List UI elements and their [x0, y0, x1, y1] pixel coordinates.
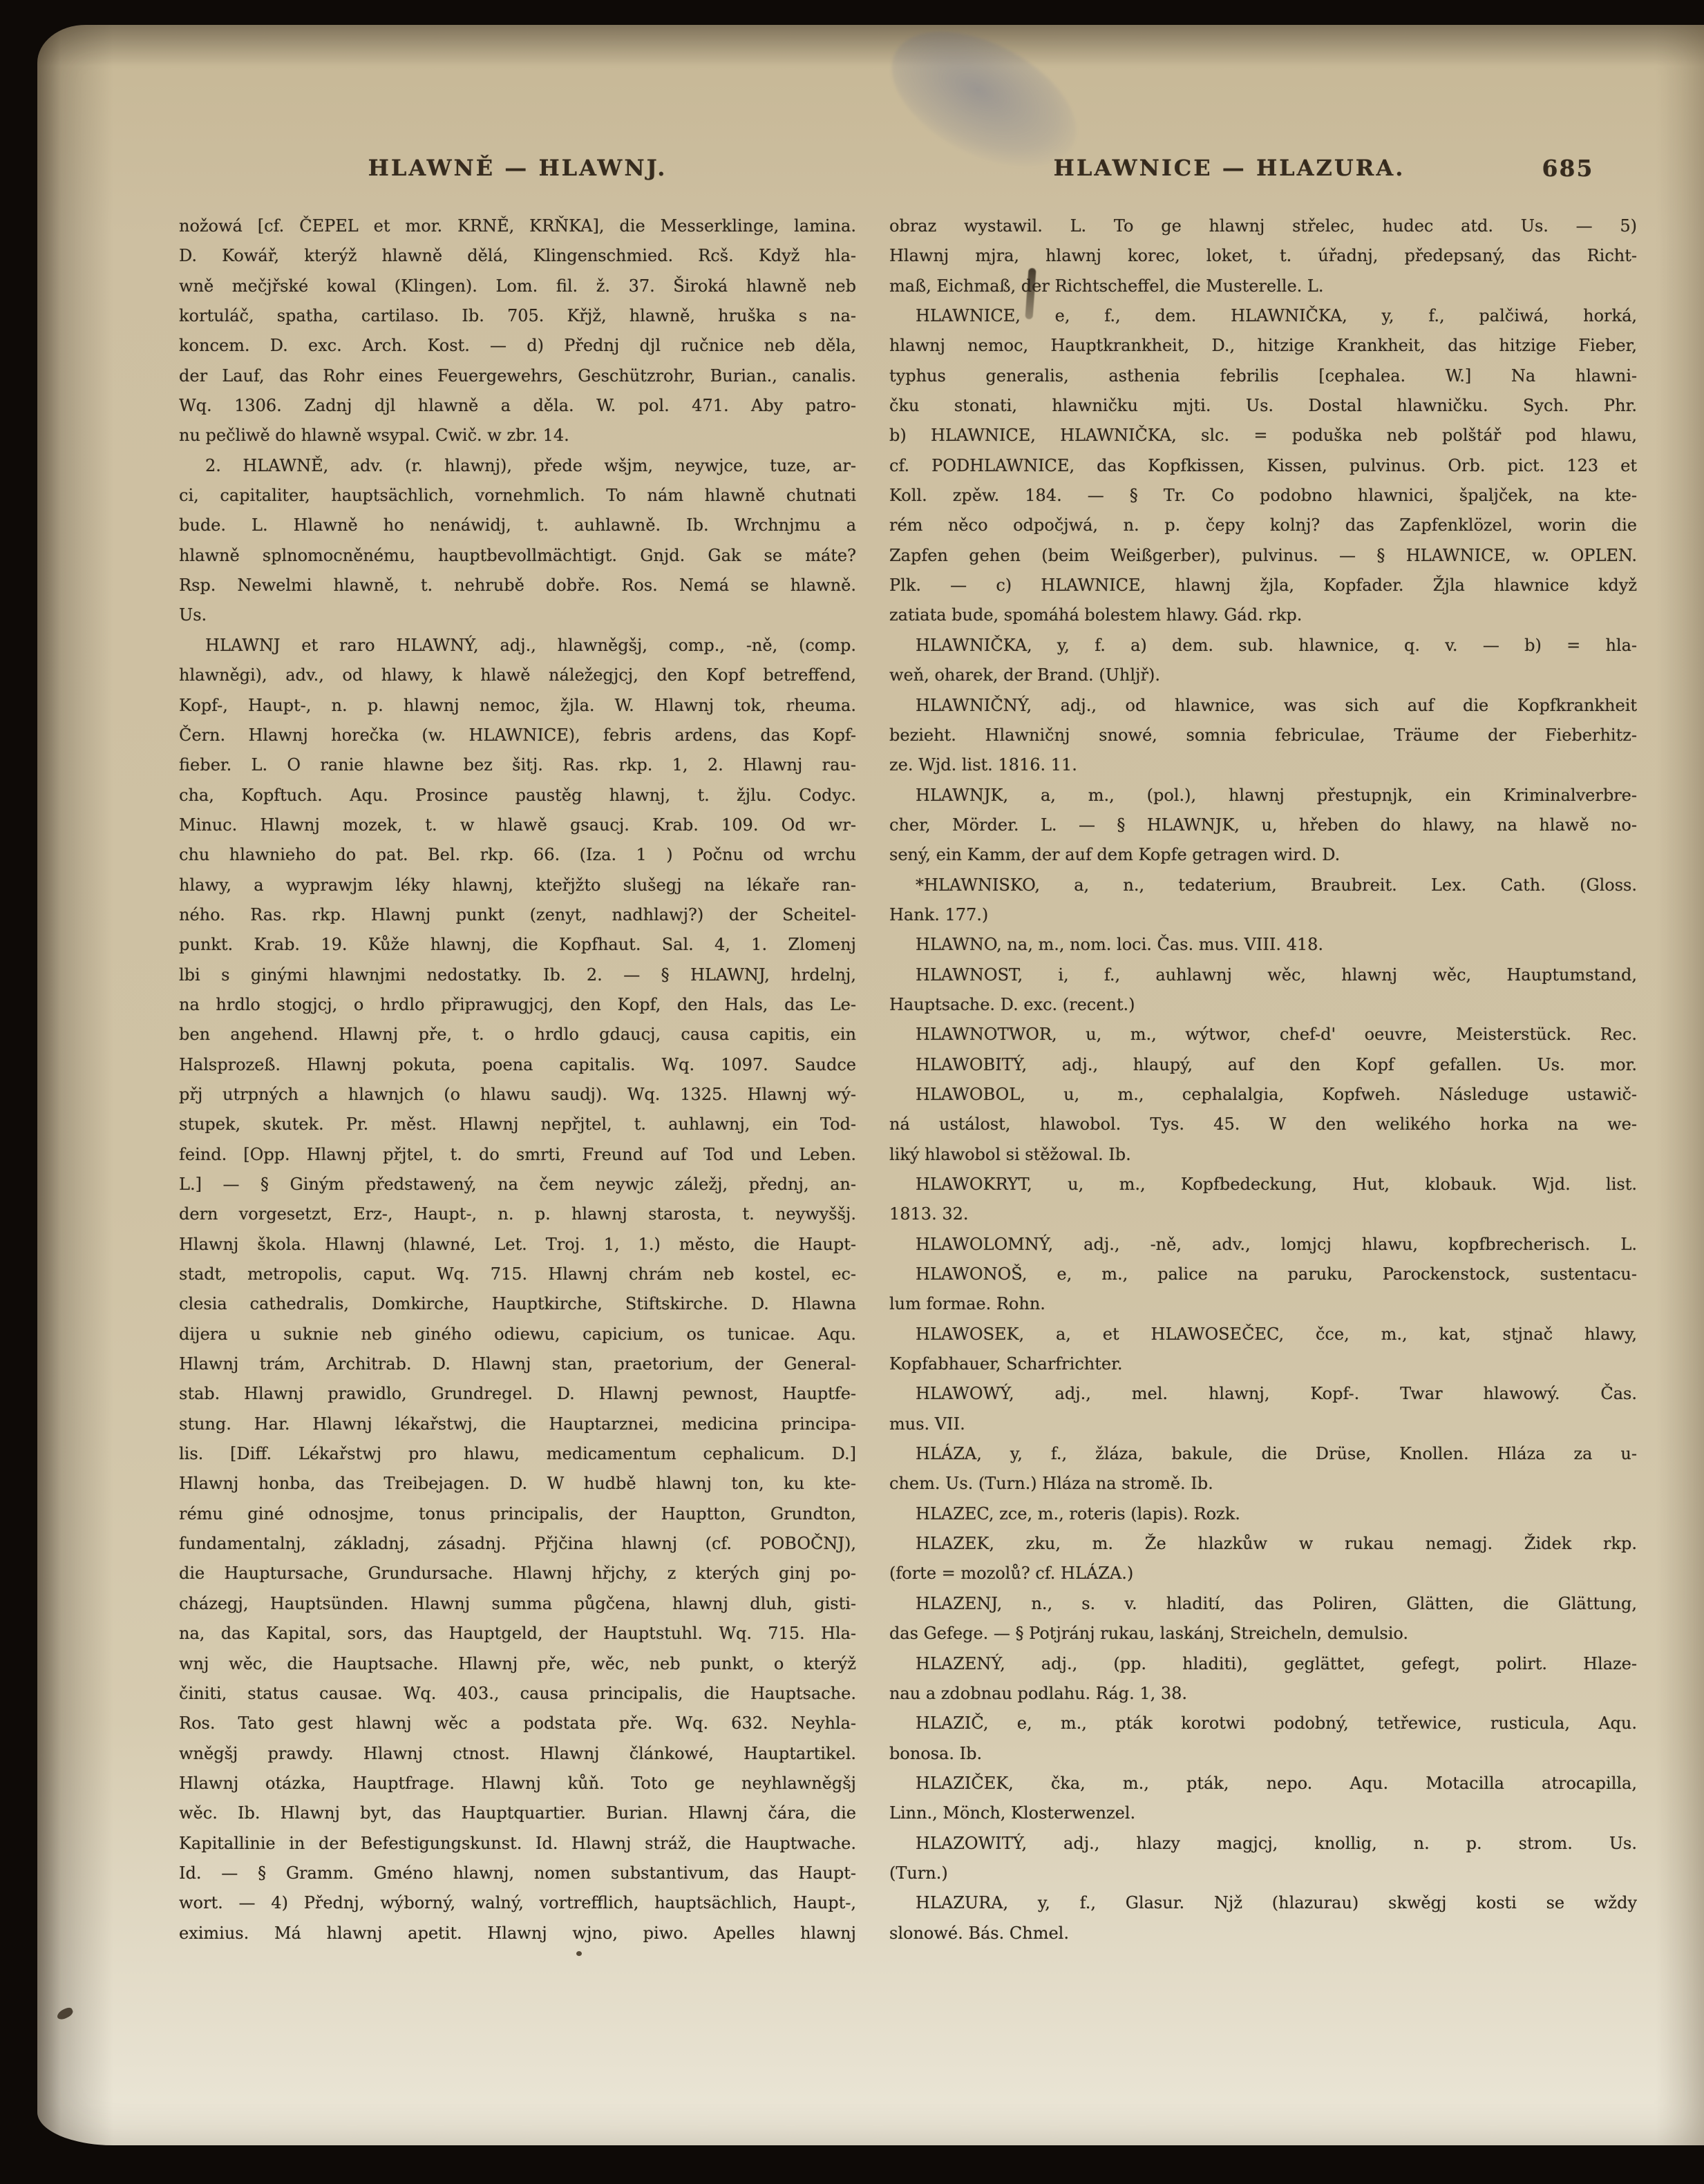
text-line: cha, Kopftuch. Aqu. Prosince paustěg hla… — [179, 781, 856, 810]
text-line: (Turn.) — [889, 1859, 1637, 1888]
text-line: chu hlawnieho do pat. Bel. rkp. 66. (Iza… — [179, 840, 856, 870]
text-line: lbi s ginými hlawnjmi nedostatky. Ib. 2.… — [179, 960, 856, 990]
text-line: HLAZIČ, e, m., pták korotwi podobný, tet… — [889, 1709, 1637, 1738]
text-line: wort. — 4) Přednj, wýborný, walný, vortr… — [179, 1888, 856, 1918]
text-line: HLAZENÝ, adj., (pp. hladiti), geglättet,… — [889, 1649, 1637, 1679]
running-header-right: HLAWNICE — HLAZURA. — [956, 155, 1502, 181]
text-line: HLAZENJ, n., s. v. hladití, das Poliren,… — [889, 1589, 1637, 1619]
text-line: ného. Ras. rkp. Hlawnj punkt (zenyt, nad… — [179, 900, 856, 930]
text-line: Hlawnj škola. Hlawnj (hlawné, Let. Troj.… — [179, 1230, 856, 1260]
text-line: HLAZIČEK, čka, m., pták, nepo. Aqu. Mota… — [889, 1769, 1637, 1798]
text-line: hlawně splnomocněnému, hauptbevollmächti… — [179, 541, 856, 571]
text-line: HLAWNOST, i, f., auhlawnj wěc, hlawnj wě… — [889, 960, 1637, 990]
text-line: HLAZURA, y, f., Glasur. Njž (hlazurau) s… — [889, 1888, 1637, 1918]
text-line: (forte = mozolů? cf. HLÁZA.) — [889, 1559, 1637, 1588]
text-line: HLAWNIČKA, y, f. a) dem. sub. hlawnice, … — [889, 631, 1637, 661]
text-line: dern vorgesetzt, Erz-, Haupt-, n. p. hla… — [179, 1199, 856, 1229]
text-line: die Hauptursache, Grundursache. Hlawnj h… — [179, 1559, 856, 1588]
text-line: HLAWOKRYT, u, m., Kopfbedeckung, Hut, kl… — [889, 1170, 1637, 1199]
text-line: *HLAWNISKO, a, n., tedaterium, Braubreit… — [889, 871, 1637, 900]
text-line: maß, Eichmaß, der Richtscheffel, die Mus… — [889, 272, 1637, 301]
text-line: cházegj, Hauptsünden. Hlawnj summa půgče… — [179, 1589, 856, 1619]
text-line: Wq. 1306. Zadnj djl hlawně a děla. W. po… — [179, 391, 856, 421]
text-line: 1813. 32. — [889, 1199, 1637, 1229]
text-line: L.] — § Giným předstawený, na čem neywjc… — [179, 1170, 856, 1199]
text-line: bezieht. Hlawničnj snowé, somnia febricu… — [889, 721, 1637, 750]
text-line: přj utrpných a hlawnjch (o hlawu saudj).… — [179, 1080, 856, 1110]
text-line: stupek, skutek. Pr. měst. Hlawnj nepřjte… — [179, 1110, 856, 1139]
text-line: stung. Har. Hlawnj lékařstwj, die Haupta… — [179, 1409, 856, 1439]
text-line: 2. HLAWNĚ, adv. (r. hlawnj), přede wšjm,… — [179, 451, 856, 481]
text-line: na, das Kapital, sors, das Hauptgeld, de… — [179, 1619, 856, 1649]
text-line: Id. — § Gramm. Gméno hlawnj, nomen subst… — [179, 1859, 856, 1888]
text-line: Zapfen gehen (beim Weißgerber), pulvinus… — [889, 541, 1637, 571]
text-line: cf. PODHLAWNICE, das Kopfkissen, Kissen,… — [889, 451, 1637, 481]
scanned-book-page: HLAWNĚ — HLAWNJ. HLAWNICE — HLAZURA. 685… — [0, 0, 1704, 2184]
text-line: stadt, metropolis, caput. Wq. 715. Hlawn… — [179, 1260, 856, 1289]
text-line: Kapitallinie in der Befestigungskunst. I… — [179, 1829, 856, 1859]
text-line: bude. L. Hlawně ho nenáwidj, t. auhlawně… — [179, 511, 856, 540]
text-line: liký hlawobol si stěžowal. Ib. — [889, 1140, 1637, 1170]
text-line: Plk. — c) HLAWNICE, hlawnj žjla, Kopfade… — [889, 571, 1637, 600]
text-line: Kopfabhauer, Scharfrichter. — [889, 1349, 1637, 1379]
text-line: ná ustálost, hlawobol. Tys. 45. W den we… — [889, 1110, 1637, 1139]
text-line: HLAWONOŠ, e, m., palice na paruku, Paroc… — [889, 1260, 1637, 1289]
text-line: feind. [Opp. Hlawnj přjtel, t. do smrti,… — [179, 1140, 856, 1170]
text-line: hlawnj nemoc, Hauptkrankheit, D., hitzig… — [889, 331, 1637, 361]
text-line: weň, oharek, der Brand. (Uhljř). — [889, 661, 1637, 690]
text-line: typhus generalis, asthenia febrilis [cep… — [889, 361, 1637, 391]
text-line: fieber. L. O ranie hlawne bez šitj. Ras.… — [179, 750, 856, 780]
running-header-left: HLAWNĚ — HLAWNJ. — [179, 155, 856, 181]
text-line: rému giné odnosjme, tonus principalis, d… — [179, 1499, 856, 1529]
text-line: hlawněgi), adv., od hlawy, k hlawě nálež… — [179, 661, 856, 690]
text-line: HLAZEC, zce, m., roteris (lapis). Rozk. — [889, 1499, 1637, 1529]
text-line: sený, ein Kamm, der auf dem Kopfe getrag… — [889, 840, 1637, 870]
text-line: b) HLAWNICE, HLAWNIČKA, slc. = poduška n… — [889, 421, 1637, 450]
text-line: fundamentalnj, základnj, zásadnj. Přjčin… — [179, 1529, 856, 1559]
text-line: HLAWNO, na, m., nom. loci. Čas. mus. VII… — [889, 930, 1637, 960]
text-line: HLÁZA, y, f., žláza, bakule, die Drüse, … — [889, 1439, 1637, 1469]
text-line: ben angehend. Hlawnj pře, t. o hrdlo gda… — [179, 1020, 856, 1050]
text-line: HLAWNOTWOR, u, m., wýtwor, chef-d' oeuvr… — [889, 1020, 1637, 1050]
text-line: punkt. Krab. 19. Kůže hlawnj, die Kopfha… — [179, 930, 856, 960]
text-line: nau a zdobnau podlahu. Rág. 1, 38. — [889, 1679, 1637, 1709]
text-line: chem. Us. (Turn.) Hláza na stromě. Ib. — [889, 1469, 1637, 1499]
text-line: Čern. Hlawnj horečka (w. HLAWNICE), febr… — [179, 721, 856, 750]
text-line: clesia cathedralis, Domkirche, Hauptkirc… — [179, 1289, 856, 1319]
text-line: hlawy, a wyprawjm léky hlawnj, kteřjžto … — [179, 871, 856, 900]
text-line: na hrdlo stogjcj, o hrdlo připrawugjcj, … — [179, 990, 856, 1020]
text-line: Hlawnj honba, das Treibejagen. D. W hudb… — [179, 1469, 856, 1499]
paper-speck — [576, 1951, 582, 1956]
text-line: HLAWNJ et raro HLAWNÝ, adj., hlawněgšj, … — [179, 631, 856, 661]
text-column-left: nožowá [cf. ČEPEL et mor. KRNĚ, KRŇKA], … — [179, 211, 856, 1948]
text-line: Hlawnj trám, Architrab. D. Hlawnj stan, … — [179, 1349, 856, 1379]
text-line: nu pečliwě do hlawně wsypal. Cwič. w zbr… — [179, 421, 856, 450]
paper-sheet: HLAWNĚ — HLAWNJ. HLAWNICE — HLAZURA. 685… — [37, 25, 1704, 2145]
text-line: nožowá [cf. ČEPEL et mor. KRNĚ, KRŇKA], … — [179, 211, 856, 241]
text-line: čku stonati, hlawničku mjti. Us. Dostal … — [889, 391, 1637, 421]
text-column-right: obraz wystawil. L. To ge hlawnj střelec,… — [889, 211, 1637, 1948]
text-line: bonosa. Ib. — [889, 1739, 1637, 1769]
text-line: Hlawnj otázka, Hauptfrage. Hlawnj kůň. T… — [179, 1769, 856, 1798]
text-line: stab. Hlawnj prawidlo, Grundregel. D. Hl… — [179, 1379, 856, 1409]
text-line: lis. [Diff. Lékařstwj pro hlawu, medicam… — [179, 1439, 856, 1469]
text-line: koncem. D. exc. Arch. Kost. — d) Přednj … — [179, 331, 856, 361]
text-line: wně mečjřské kowal (Klingen). Lom. fil. … — [179, 272, 856, 301]
text-line: HLAWOSEK, a, et HLAWOSEČEC, čce, m., kat… — [889, 1320, 1637, 1349]
text-line: Linn., Mönch, Klosterwenzel. — [889, 1798, 1637, 1828]
text-line: Koll. zpěw. 184. — § Tr. Co podobno hlaw… — [889, 481, 1637, 511]
text-line: Hlawnj mjra, hlawnj korec, loket, t. úřa… — [889, 241, 1637, 271]
text-line: HLAZOWITÝ, adj., hlazy magjcj, knollig, … — [889, 1829, 1637, 1859]
text-line: mus. VII. — [889, 1409, 1637, 1439]
text-line: HLAWOWÝ, adj., mel. hlawnj, Kopf-. Twar … — [889, 1379, 1637, 1409]
text-line: wěc. Ib. Hlawnj byt, das Hauptquartier. … — [179, 1798, 856, 1828]
paper-fleck — [55, 2006, 74, 2022]
text-line: slonowé. Bás. Chmel. — [889, 1919, 1637, 1948]
text-line: Hank. 177.) — [889, 900, 1637, 930]
text-line: cher, Mörder. L. — § HLAWNJK, u, hřeben … — [889, 810, 1637, 840]
text-line: Hauptsache. D. exc. (recent.) — [889, 990, 1637, 1020]
text-line: Minuc. Hlawnj mozek, t. w hlawě gsaucj. … — [179, 810, 856, 840]
text-line: lum formae. Rohn. — [889, 1289, 1637, 1319]
text-line: D. Kowář, kterýž hlawně dělá, Klingensch… — [179, 241, 856, 271]
text-line: ci, capitaliter, hauptsächlich, vornehml… — [179, 481, 856, 511]
text-line: ze. Wjd. list. 1816. 11. — [889, 750, 1637, 780]
text-line: wnj wěc, die Hauptsache. Hlawnj pře, wěc… — [179, 1649, 856, 1679]
text-line: HLAWNICE, e, f., dem. HLAWNIČKA, y, f., … — [889, 301, 1637, 331]
text-line: činiti, status causae. Wq. 403., causa p… — [179, 1679, 856, 1709]
text-line: Rsp. Newelmi hlawně, t. nehrubě dobře. R… — [179, 571, 856, 600]
text-line: dijera u suknie neb giného odiewu, capic… — [179, 1320, 856, 1349]
text-line: wněgšj prawdy. Hlawnj ctnost. Hlawnj člá… — [179, 1739, 856, 1769]
text-line: HLAWOLOMNÝ, adj., -ně, adv., lomjcj hlaw… — [889, 1230, 1637, 1260]
text-line: HLAWNIČNÝ, adj., od hlawnice, was sich a… — [889, 691, 1637, 721]
text-line: Halsprozeß. Hlawnj pokuta, poena capital… — [179, 1050, 856, 1080]
text-line: zatiata bude, spomáhá bolestem hlawy. Gá… — [889, 600, 1637, 630]
text-line: Us. — [179, 600, 856, 630]
text-line: HLAWOBOL, u, m., cephalalgia, Kopfweh. N… — [889, 1080, 1637, 1110]
text-line: kortuláč, spatha, cartilaso. Ib. 705. Kř… — [179, 301, 856, 331]
text-line: HLAWOBITÝ, adj., hlaupý, auf den Kopf ge… — [889, 1050, 1637, 1080]
text-line: obraz wystawil. L. To ge hlawnj střelec,… — [889, 211, 1637, 241]
text-line: rém něco odpočjwá, n. p. čepy kolnj? das… — [889, 511, 1637, 540]
text-line: Kopf-, Haupt-, n. p. hlawnj nemoc, žjla.… — [179, 691, 856, 721]
text-line: Ros. Tato gest hlawnj wěc a podstata pře… — [179, 1709, 856, 1738]
text-line: HLAWNJK, a, m., (pol.), hlawnj přestupnj… — [889, 781, 1637, 810]
text-line: der Lauf, das Rohr eines Feuergewehrs, G… — [179, 361, 856, 391]
page-number: 685 — [1516, 155, 1620, 182]
text-line: HLAZEK, zku, m. Že hlazkůw w rukau nemag… — [889, 1529, 1637, 1559]
text-line: eximius. Má hlawnj apetit. Hlawnj wjno, … — [179, 1919, 856, 1948]
text-line: das Gefege. — § Potjránj rukau, laskánj,… — [889, 1619, 1637, 1649]
